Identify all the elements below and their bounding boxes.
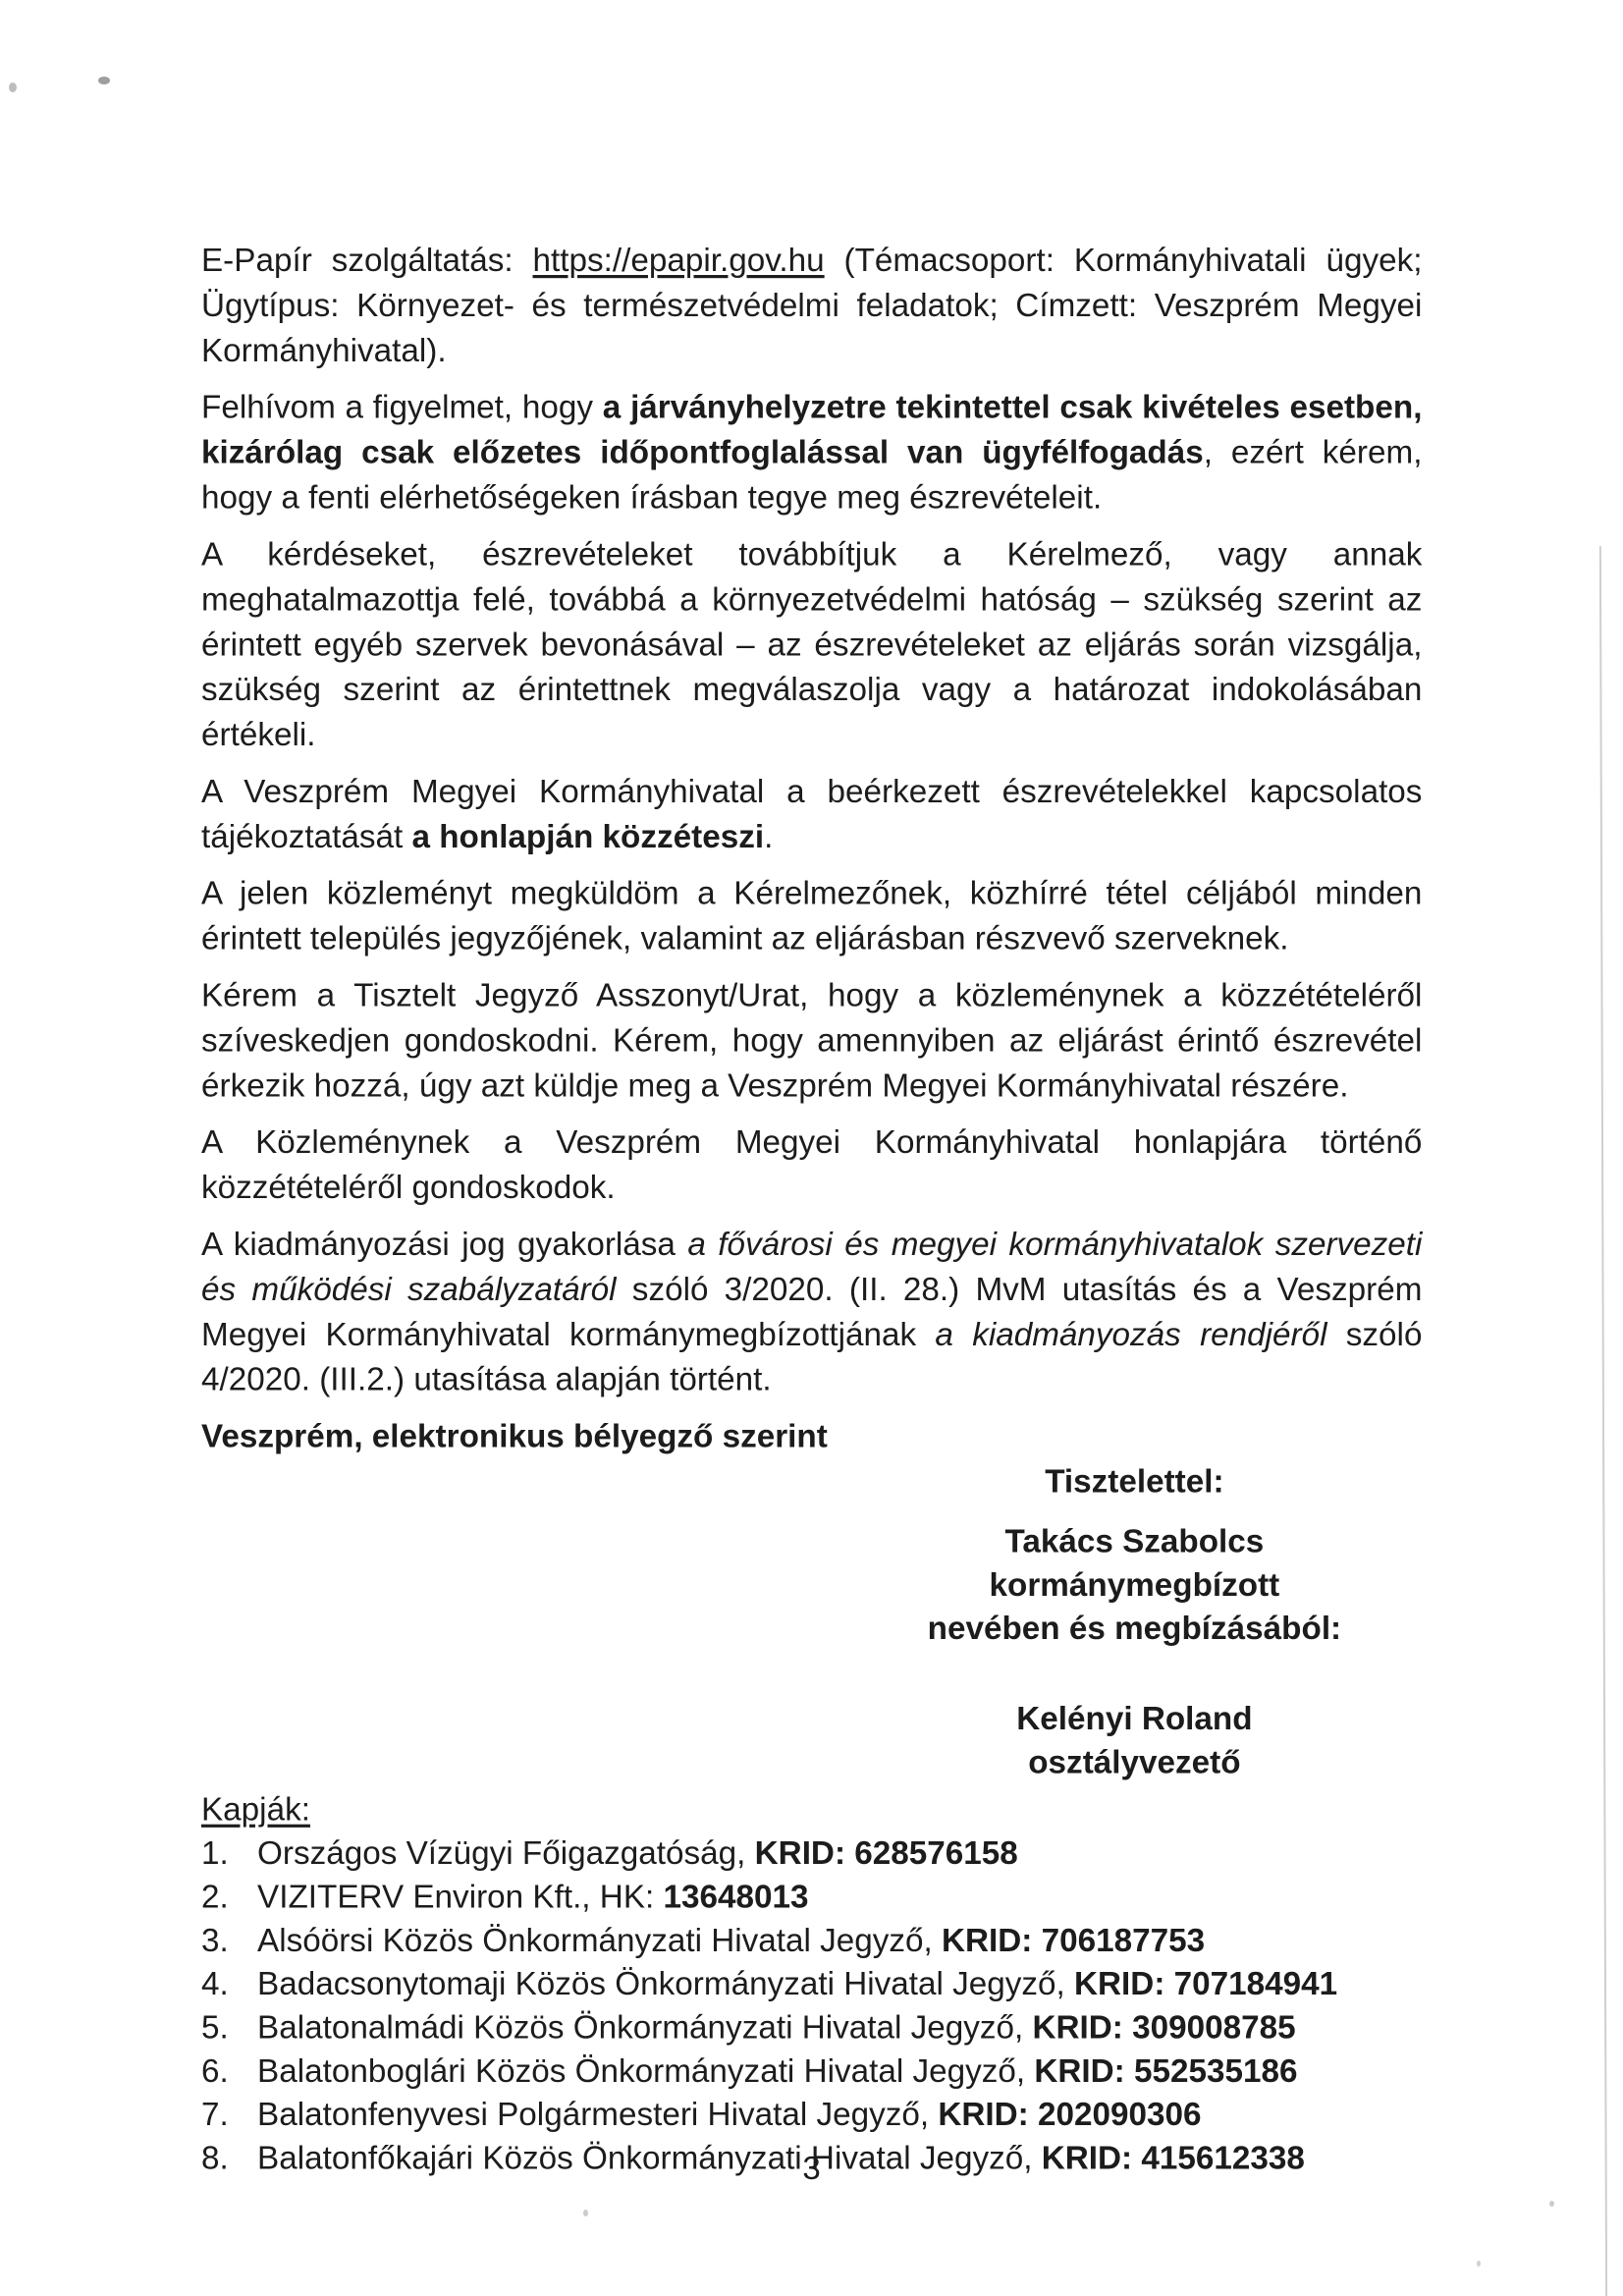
recipient-number: 1. bbox=[201, 1831, 257, 1875]
principal-name: Takács Szabolcs bbox=[862, 1519, 1406, 1562]
recipient-name: Balatonboglári Közös Önkormányzati Hivat… bbox=[257, 2052, 1034, 2089]
scan-speck bbox=[1477, 2261, 1481, 2267]
paragraph-publication-duty: A Közleménynek a Veszprém Megyei Kormány… bbox=[201, 1120, 1422, 1210]
recipient-text: Badacsonytomaji Közös Önkormányzati Hiva… bbox=[257, 1962, 1422, 2005]
page-number: 3 bbox=[0, 2149, 1623, 2188]
recipient-item: 4.Badacsonytomaji Közös Önkormányzati Hi… bbox=[201, 1962, 1422, 2005]
document-body: E-Papír szolgáltatás: https://epapir.gov… bbox=[201, 238, 1422, 2180]
recipient-name: Alsóörsi Közös Önkormányzati Hivatal Jeg… bbox=[257, 1922, 942, 1958]
paragraph-request-to-notary: Kérem a Tisztelt Jegyző Asszonyt/Urat, h… bbox=[201, 972, 1422, 1108]
recipient-id: KRID: 552535186 bbox=[1034, 2052, 1297, 2089]
signature-closing: Tisztelettel: bbox=[862, 1458, 1406, 1503]
recipient-number: 7. bbox=[201, 2093, 257, 2136]
scan-speck bbox=[98, 77, 110, 84]
recipient-number: 4. bbox=[201, 1962, 257, 2005]
paragraph-epapir-service: E-Papír szolgáltatás: https://epapir.gov… bbox=[201, 238, 1422, 373]
recipient-number: 2. bbox=[201, 1875, 257, 1918]
principal-title: kormánymegbízott bbox=[862, 1563, 1406, 1607]
scan-speck bbox=[583, 2210, 588, 2216]
recipient-name: Balatonalmádi Közös Önkormányzati Hivata… bbox=[257, 2008, 1032, 2045]
recipient-name: Balatonfenyvesi Polgármesteri Hivatal Je… bbox=[257, 2096, 938, 2132]
recipient-item: 6.Balatonboglári Közös Önkormányzati Hiv… bbox=[201, 2050, 1422, 2093]
recipient-text: Országos Vízügyi Főigazgatóság, KRID: 62… bbox=[257, 1831, 1422, 1875]
recipient-id: KRID: 309008785 bbox=[1032, 2008, 1295, 2045]
paragraph-text: E-Papír szolgáltatás: bbox=[201, 242, 533, 278]
signature-principal: Takács Szabolcs kormánymegbízott nevében… bbox=[862, 1519, 1406, 1650]
scan-speck bbox=[9, 82, 17, 92]
signature-signer: Kelényi Roland osztályvezető bbox=[862, 1697, 1406, 1784]
recipient-name: Badacsonytomaji Közös Önkormányzati Hiva… bbox=[257, 1965, 1074, 2001]
paragraph-covid-notice: Felhívom a figyelmet, hogy a járványhely… bbox=[201, 385, 1422, 520]
signature-block: Tisztelettel: Takács Szabolcs kormánymeg… bbox=[862, 1458, 1406, 1783]
scan-edge-line bbox=[1599, 546, 1607, 2296]
recipient-number: 3. bbox=[201, 1919, 257, 1962]
recipient-item: 1.Országos Vízügyi Főigazgatóság, KRID: … bbox=[201, 1831, 1422, 1875]
recipients-list: 1.Országos Vízügyi Főigazgatóság, KRID: … bbox=[201, 1831, 1422, 2180]
dateline: Veszprém, elektronikus bélyegző szerint bbox=[201, 1414, 1422, 1459]
recipient-id: KRID: 628576158 bbox=[755, 1834, 1018, 1871]
recipient-number: 5. bbox=[201, 2005, 257, 2049]
paragraph-website-publication: A Veszprém Megyei Kormányhivatal a beérk… bbox=[201, 769, 1422, 859]
signer-title: osztályvezető bbox=[862, 1740, 1406, 1783]
recipient-name: Országos Vízügyi Főigazgatóság, bbox=[257, 1834, 755, 1871]
paragraph-signing-authority: A kiadmányozási jog gyakorlása a főváros… bbox=[201, 1222, 1422, 1402]
recipients-heading: Kapják: bbox=[201, 1787, 1422, 1831]
recipient-item: 5.Balatonalmádi Közös Önkormányzati Hiva… bbox=[201, 2005, 1422, 2049]
recipient-item: 3.Alsóörsi Közös Önkormányzati Hivatal J… bbox=[201, 1919, 1422, 1962]
recipient-id: KRID: 202090306 bbox=[938, 2096, 1201, 2132]
paragraph-text: Felhívom a figyelmet, hogy bbox=[201, 389, 603, 425]
recipient-item: 7.Balatonfenyvesi Polgármesteri Hivatal … bbox=[201, 2093, 1422, 2136]
recipient-text: Alsóörsi Közös Önkormányzati Hivatal Jeg… bbox=[257, 1919, 1422, 1962]
scan-speck bbox=[1549, 2201, 1554, 2207]
recipient-id: KRID: 707184941 bbox=[1074, 1965, 1337, 2001]
recipient-text: VIZITERV Environ Kft., HK: 13648013 bbox=[257, 1875, 1422, 1918]
bold-text: a honlapján közzéteszi bbox=[411, 818, 764, 854]
paragraph-text: A kiadmányozási jog gyakorlása bbox=[201, 1226, 687, 1262]
paragraph-questions-forwarding: A kérdéseket, észrevételeket továbbítjuk… bbox=[201, 531, 1422, 757]
recipient-text: Balatonfenyvesi Polgármesteri Hivatal Je… bbox=[257, 2093, 1422, 2136]
paragraph-text: . bbox=[764, 818, 773, 854]
recipient-item: 2.VIZITERV Environ Kft., HK: 13648013 bbox=[201, 1875, 1422, 1918]
recipient-id: KRID: 706187753 bbox=[942, 1922, 1205, 1958]
paragraph-text: A Veszprém Megyei Kormányhivatal a beérk… bbox=[201, 773, 1422, 854]
recipient-id: 13648013 bbox=[663, 1878, 808, 1914]
recipient-name: VIZITERV Environ Kft., HK: bbox=[257, 1878, 663, 1914]
signer-name: Kelényi Roland bbox=[862, 1697, 1406, 1740]
recipient-text: Balatonboglári Közös Önkormányzati Hivat… bbox=[257, 2050, 1422, 2093]
recipient-text: Balatonalmádi Közös Önkormányzati Hivata… bbox=[257, 2005, 1422, 2049]
recipient-number: 6. bbox=[201, 2050, 257, 2093]
italic-text: a kiadmányozás rendjéről bbox=[935, 1316, 1326, 1352]
paragraph-announcement-sent: A jelen közleményt megküldöm a Kérelmező… bbox=[201, 871, 1422, 961]
recipients-section: Kapják: 1.Országos Vízügyi Főigazgatóság… bbox=[201, 1787, 1422, 2179]
epapir-link[interactable]: https://epapir.gov.hu bbox=[533, 242, 825, 278]
on-behalf-text: nevében és megbízásából: bbox=[862, 1607, 1406, 1650]
